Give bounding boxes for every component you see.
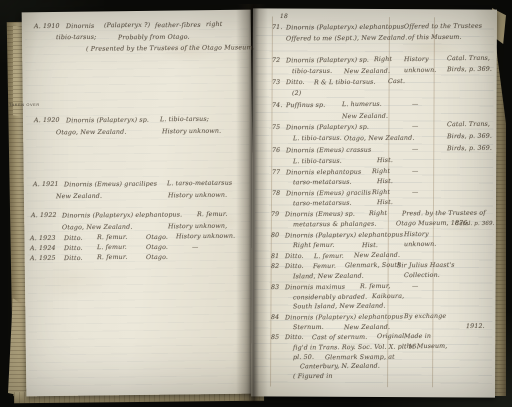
left-page-stains <box>22 10 256 397</box>
right-page-stains <box>251 8 497 397</box>
gutter-shadow <box>236 4 268 402</box>
ledger-photo: A. 1910Dinornis(Palapteryx ?)feather-fib… <box>0 0 512 407</box>
left-page <box>22 10 256 397</box>
right-page <box>251 8 497 397</box>
